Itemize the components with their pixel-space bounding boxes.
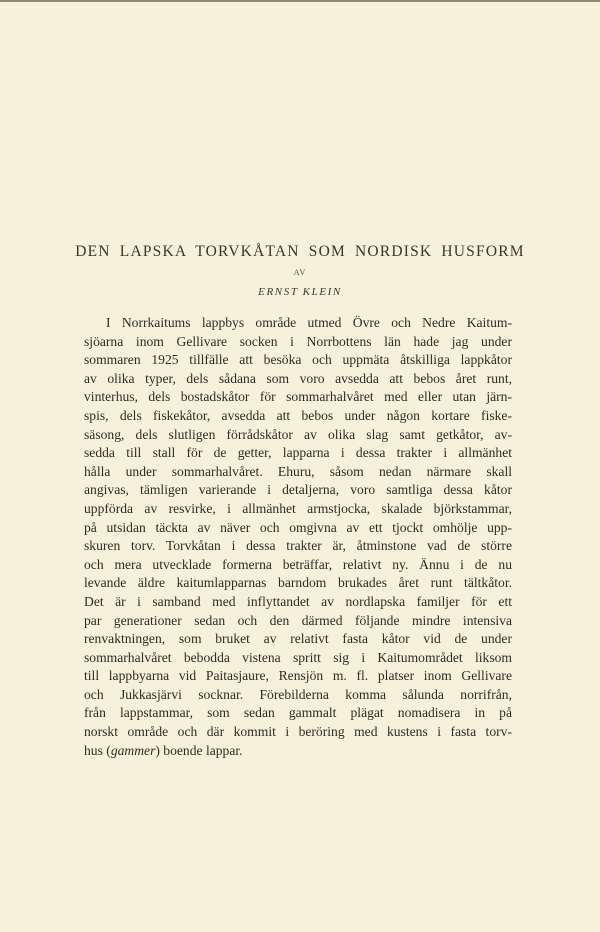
text-line: hålla under sommarhalvåret. Ehuru, såsom… <box>84 463 512 482</box>
text-line: och Jukkasjärvi socknar. Förebilderna ko… <box>84 686 512 705</box>
text-line: och mera utvecklade formerna beträffar, … <box>84 556 512 575</box>
text-line: av olika typer, dels sådana som voro avs… <box>84 370 512 389</box>
document-page: DEN LAPSKA TORVKÅTAN SOM NORDISK HUSFORM… <box>0 0 600 932</box>
text-fragment: hus ( <box>84 743 111 758</box>
body-paragraph: I Norrkaitums lappbys område utmed Övre … <box>84 314 512 760</box>
text-line: från lappstammar, som sedan gammalt pläg… <box>84 704 512 723</box>
text-line: I Norrkaitums lappbys område utmed Övre … <box>84 314 512 333</box>
text-line: renvaktningen, som bruket av relativt fa… <box>84 630 512 649</box>
text-line: sjöarna inom Gellivare socken i Norrbott… <box>84 333 512 352</box>
text-line: sedda till stall för de getter, lapparna… <box>84 444 512 463</box>
article-title: DEN LAPSKA TORVKÅTAN SOM NORDISK HUSFORM <box>0 243 600 261</box>
text-line: på utsidan täckta av näver och omgivna a… <box>84 519 512 538</box>
text-line: Det är i samband med inflyttandet av nor… <box>84 593 512 612</box>
text-line: spis, dels fiskekåtor, avsedda att bebos… <box>84 407 512 426</box>
text-line: sommarhalvåret bebodda vistena spritt si… <box>84 649 512 668</box>
author-name: ERNST KLEIN <box>0 286 600 298</box>
text-fragment: ) boende lappar. <box>155 743 242 758</box>
text-line: levande äldre kaitumlapparnas barndom br… <box>84 574 512 593</box>
text-line: till lappbyarna vid Paitasjaure, Rensjön… <box>84 667 512 686</box>
text-line: skuren torv. Torvkåtan i dessa trakter ä… <box>84 537 512 556</box>
text-line: säsong, dels slutligen förrådskåtor av o… <box>84 426 512 445</box>
italic-term: gammer <box>111 743 156 758</box>
text-line: uppförda av resvirke, i allmänhet armstj… <box>84 500 512 519</box>
text-line: angivas, tämligen varierande i detaljern… <box>84 481 512 500</box>
text-line: sommaren 1925 tillfälle att besöka och u… <box>84 351 512 370</box>
text-line: vinterhus, dels bostadskåtor för sommarh… <box>84 388 512 407</box>
text-line: norskt område och där kommit i beröring … <box>84 723 512 742</box>
byline-av: AV <box>0 268 600 277</box>
text-line-final: hus (gammer) boende lappar. <box>84 742 512 761</box>
text-line: par generationer sedan och den därmed fö… <box>84 612 512 631</box>
